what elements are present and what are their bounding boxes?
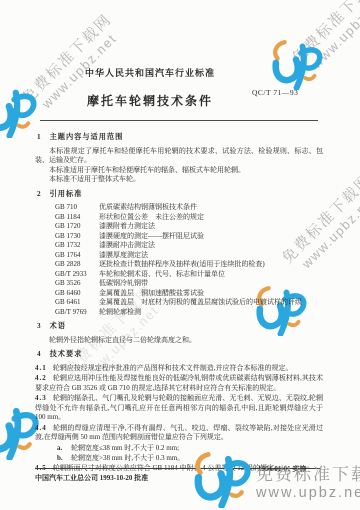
standard-row: GB/T 2933车轮和轮辋术语、代号、标志和计量单位 [55, 270, 323, 280]
referenced-standards-list: GB 710优质碳素结构钢薄钢板技术条件 GB 1184形状和位置公差 未注公差… [55, 203, 323, 317]
standard-row: GB 1764漆膜厚度测定法 [55, 251, 323, 261]
approval-note: 中国汽车工业总公司 1993-10-20 批准 [35, 473, 148, 483]
requirement-item: 4.4轮辋的焊缝应清理干净,不得有漏焊、气孔、咬边、焊瘤、裂纹等缺陷,对接处应光… [35, 424, 323, 443]
brand-text: 免费标准下载网 www.upbz.net [256, 460, 360, 501]
section-number: 1 [37, 133, 42, 141]
standard-row: GB/T 9769轮辋轮廓检测 [55, 308, 323, 318]
section-4-heading: 4技术要求 [37, 350, 323, 360]
scanned-standard-page: 免费标准下载网 www.upbz.net 免费标准下载网 www.upbz.ne… [0, 0, 360, 510]
document-title: 摩托车轮辋技术条件 [30, 92, 270, 109]
up-logo-icon [268, 40, 324, 90]
paragraph: 本标准适用于摩托车和轻便摩托车的辐条、辐板式车轮用轮辋。 [35, 166, 323, 176]
subitem-text: 轮辋宽度≤38 mm 时,不大于 0.2 mm; [71, 443, 179, 453]
standard-type-heading: 中华人民共和国汽车行业标准 [30, 66, 270, 79]
requirement-item: 4.2轮辋应选用冲压性能及焊接性能良好的低碳冷轧钢带或优质碳素结构钢薄板材料,其… [35, 374, 323, 393]
requirement-item: 4.1轮辋应按经规定程序批准的产品图样和技术文件制造,并应符合本标准的规定。 [35, 364, 323, 374]
paragraph: 轮辋外径指轮辋标定直径与二倍轮缘高度之和。 [35, 336, 323, 346]
brand-site-name: 免费标准下载网 [256, 460, 360, 485]
standard-title: 优质碳素结构钢薄钢板技术条件 [99, 203, 197, 213]
requirement-number: 4.1 [35, 364, 47, 372]
upbz-brand-block: 免费标准下载网 www.upbz.net [190, 452, 360, 508]
standard-row: GB 1732漆膜耐冲击测定法 [55, 241, 323, 251]
section-title: 主题内容与适用范围 [50, 133, 124, 141]
subitem-label: a. [57, 443, 71, 453]
paragraph: 本标准规定了摩托车和轻便摩托车用轮辋的技术要求、试验方法、检验规则、标志、包装、… [35, 147, 323, 166]
standard-row: GB 6461金属覆盖层 对底材为阴极的覆盖层腐蚀试验后的电镀试样的评级 [55, 298, 323, 308]
section-3-heading: 3术语 [37, 322, 323, 332]
up-logo-watermark-top-right [268, 40, 324, 90]
paragraph: 本标准不适用于整体式车轮。 [35, 175, 323, 185]
standard-row: GB 1730漆膜硬度的测定——摆杆阻尼试验 [55, 232, 323, 242]
standard-row: GB 3526低碳钢冷轧钢带 [55, 279, 323, 289]
up-logo-icon [190, 452, 252, 508]
standard-row: GB 1184形状和位置公差 未注公差的规定 [55, 213, 323, 223]
up-logo-watermark-bottom-left [0, 404, 40, 460]
document-body: 1主题内容与适用范围 本标准规定了摩托车和轻便摩托车用轮辋的技术要求、试验方法、… [35, 128, 323, 473]
header-divider [40, 120, 318, 121]
brand-site-url: www.upbz.net [256, 485, 360, 501]
standard-row: GB 6460金属覆盖层 铜加速醋酸盐雾试验 [55, 289, 323, 299]
standard-code: GB 710 [55, 203, 99, 213]
requirement-subitem-a: a.轮辋宽度≤38 mm 时,不大于 0.2 mm; [57, 443, 323, 453]
watermark-text-top-right: 免费标准下载网 www.upbz.net [271, 0, 360, 97]
standard-row: GB 710优质碳素结构钢薄钢板技术条件 [55, 203, 323, 213]
requirement-text: 轮辋应按经规定程序批准的产品图样和技术文件制造,并应符合本标准的规定。 [53, 364, 293, 372]
standard-row: GB 1720漆膜附着力测定法 [55, 222, 323, 232]
standard-row: GB 2828逐批检查计数抽样程序及抽样表(适用于连续批的检查) [55, 260, 323, 270]
section-2-heading: 2引用标准 [37, 190, 323, 200]
requirement-item: 4.3轮辋的辐条孔、气门嘴孔及轮辋与轮毂的接触面应光滑、无毛刺、无锐边、无裂纹,… [35, 394, 323, 423]
section-1-heading: 1主题内容与适用范围 [37, 133, 323, 143]
up-logo-icon [0, 404, 40, 460]
